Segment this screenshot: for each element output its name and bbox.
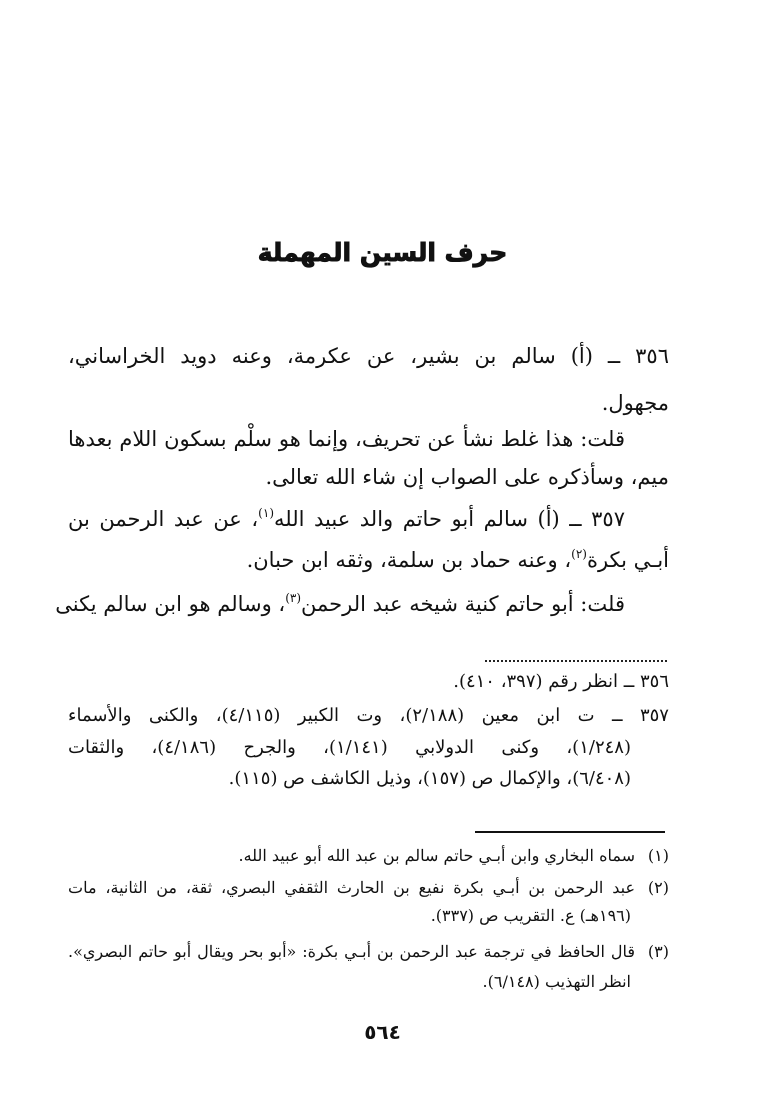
- footnote-2-line-2: (١٩٦هـ) ع. التقريب ص (٣٣٧).: [68, 905, 631, 927]
- book-page: حرف السين المهملة ٣٥٦ ــ (أ) سالم بن بشي…: [0, 0, 765, 1110]
- continuation-dotted-line: [485, 660, 667, 666]
- footnote-separator: [475, 831, 665, 833]
- footnote-3-text: قال الحافظ في ترجمة عبد الرحمن بن أبـي ب…: [68, 942, 635, 961]
- footnote-ref-1[interactable]: (١): [258, 506, 274, 520]
- entry-357-line-1-text: ٣٥٧ ــ (أ) سالم أبو حاتم والد عبيد الله: [274, 507, 625, 531]
- entry-357-line-1: ٣٥٧ ــ (أ) سالم أبو حاتم والد عبيد الله(…: [68, 505, 625, 533]
- footnote-ref-3[interactable]: (٣): [285, 591, 301, 605]
- entry-356-line-2: مجهول.: [68, 389, 669, 417]
- footnote-3: (٣)قال الحافظ في ترجمة عبد الرحمن بن أبـ…: [68, 941, 669, 963]
- footnote-3-line-2: انظر التهذيب (٦/١٤٨).: [68, 971, 631, 993]
- entry-356-line-1: ٣٥٦ ــ (أ) سالم بن بشير، عن عكرمة، وعنه …: [68, 342, 669, 370]
- footnote-1-text: سماه البخاري وابن أبـي حاتم سالم بن عبد …: [238, 846, 635, 865]
- entry-357-comment-text: قلت: أبو حاتم كنية شيخه عبد الرحمن: [301, 592, 625, 616]
- source-357-line-1: ٣٥٧ ــ ت ابن معين (٢/١٨٨)، وت الكبير (٤/…: [68, 704, 669, 728]
- footnote-ref-2[interactable]: (٢): [571, 547, 587, 561]
- entry-357-comment-text-end: ، وسالم هو ابن سالم يكنى: [55, 592, 285, 616]
- source-357-line-3: (٦/٤٠٨)، والإكمال ص (١٥٧)، وذيل الكاشف ص…: [68, 767, 631, 791]
- entry-357-line-2: أبـي بكرة(٢)، وعنه حماد بن سلمة، وثقه اب…: [68, 546, 669, 574]
- source-357-line-2: (١/٢٤٨)، وكنى الدولابي (١/١٤١)، والجرح (…: [68, 736, 631, 760]
- entry-357-line-1-text-end: ، عن عبد الرحمن بن: [68, 507, 258, 531]
- entry-357-line-2-text: أبـي بكرة: [587, 548, 669, 572]
- footnote-2-marker: (٢): [635, 877, 669, 899]
- entry-356-comment-line-1: قلت: هذا غلط نشأ عن تحريف، وإنما هو سلْم…: [68, 425, 625, 453]
- source-356-line-1: ٣٥٦ ــ انظر رقم (٣٩٧، ٤١٠).: [68, 670, 669, 694]
- footnote-3-marker: (٣): [635, 941, 669, 963]
- page-number: ٥٦٤: [0, 1020, 765, 1044]
- footnote-2-text: عبد الرحمن بن أبـي بكرة نفيع بن الحارث ا…: [68, 878, 635, 897]
- entry-357-comment-line-1: قلت: أبو حاتم كنية شيخه عبد الرحمن(٣)، و…: [68, 590, 625, 618]
- footnote-2: (٢)عبد الرحمن بن أبـي بكرة نفيع بن الحار…: [68, 877, 669, 899]
- entry-357-line-2-text-end: ، وعنه حماد بن سلمة، وثقه ابن حبان.: [247, 548, 572, 572]
- footnote-1: (١)سماه البخاري وابن أبـي حاتم سالم بن ع…: [68, 845, 669, 867]
- footnote-1-marker: (١): [635, 845, 669, 867]
- entry-356-comment-line-2: ميم، وسأذكره على الصواب إن شاء الله تعال…: [68, 463, 669, 491]
- chapter-title: حرف السين المهملة: [0, 238, 765, 267]
